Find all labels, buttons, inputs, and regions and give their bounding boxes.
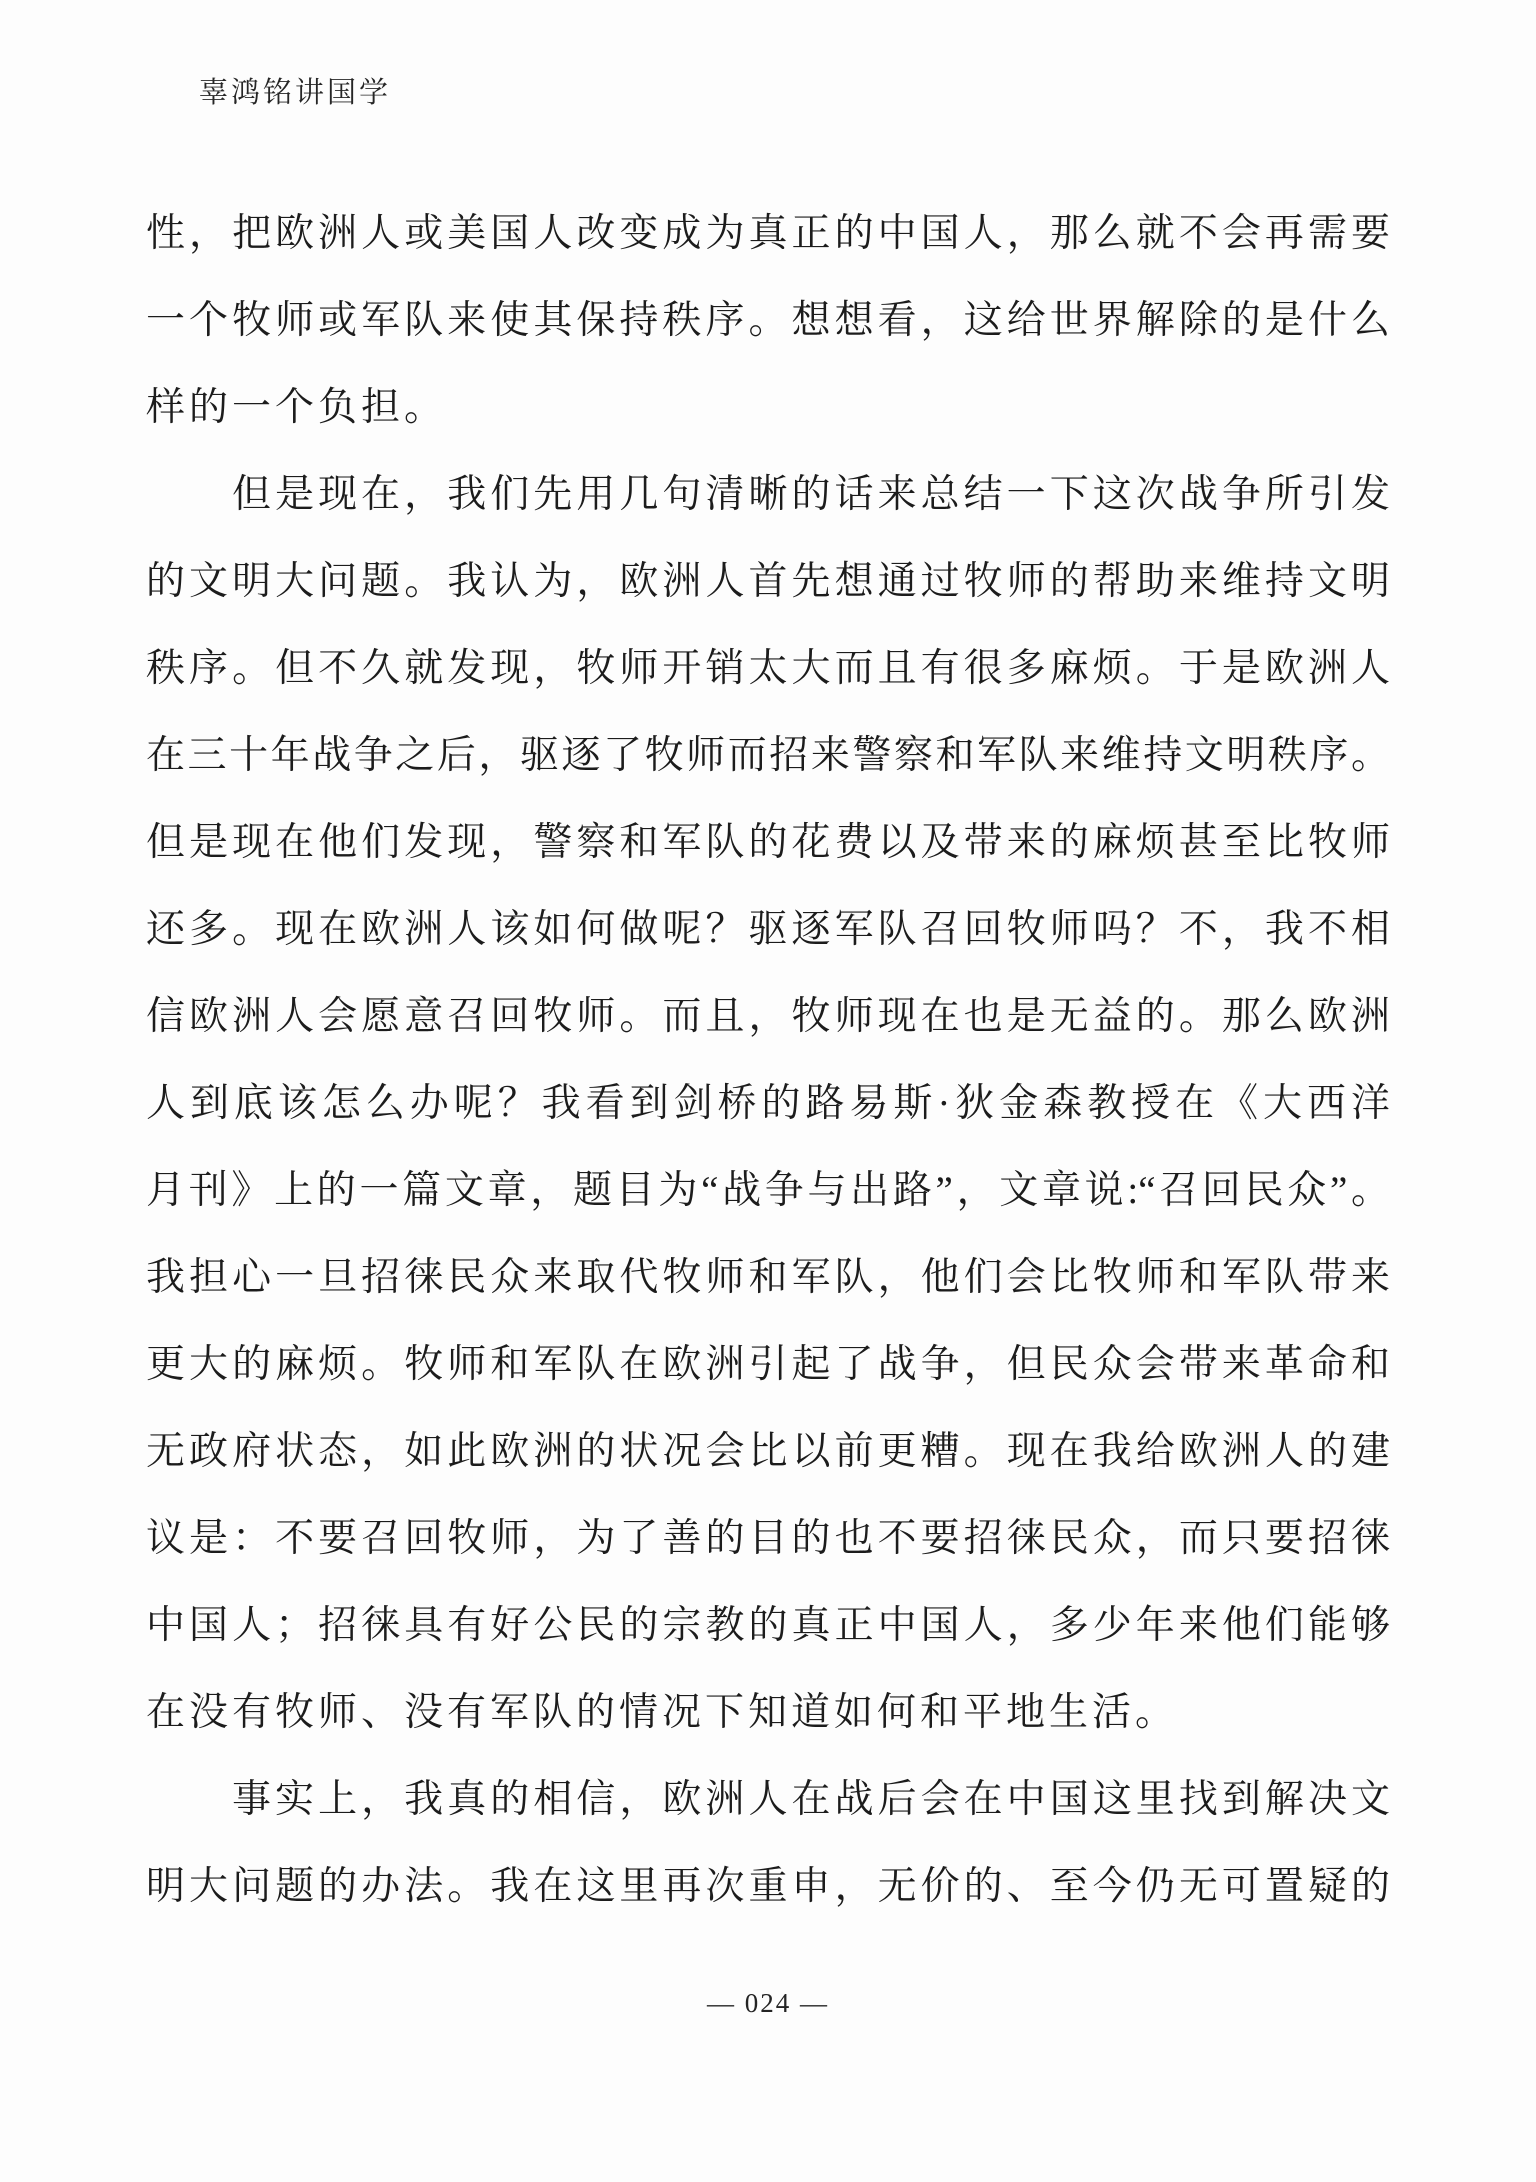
- body-text-block: 性，把欧洲人或美国人改变成为真正的中国人，那么就不会再需要一个牧师或军队来使其保…: [146, 190, 1390, 1930]
- page-number: — 024 —: [0, 1988, 1536, 2019]
- text-line: 事实上，我真的相信，欧洲人在战后会在中国这里找到解决文: [146, 1756, 1390, 1843]
- text-line: 还多。现在欧洲人该如何做呢？驱逐军队召回牧师吗？不，我不相: [146, 886, 1390, 973]
- text-line: 无政府状态，如此欧洲的状况会比以前更糟。现在我给欧洲人的建: [146, 1408, 1390, 1495]
- text-line: 一个牧师或军队来使其保持秩序。想想看，这给世界解除的是什么: [146, 277, 1390, 364]
- text-line: 的文明大问题。我认为，欧洲人首先想通过牧师的帮助来维持文明: [146, 538, 1390, 625]
- text-line: 但是现在他们发现，警察和军队的花费以及带来的麻烦甚至比牧师: [146, 799, 1390, 886]
- text-line: 性，把欧洲人或美国人改变成为真正的中国人，那么就不会再需要: [146, 190, 1390, 277]
- book-page: 辜鸿铭讲国学 性，把欧洲人或美国人改变成为真正的中国人，那么就不会再需要一个牧师…: [0, 0, 1536, 2182]
- text-line: 信欧洲人会愿意召回牧师。而且，牧师现在也是无益的。那么欧洲: [146, 973, 1390, 1060]
- text-line: 秩序。但不久就发现，牧师开销太大而且有很多麻烦。于是欧洲人: [146, 625, 1390, 712]
- text-line: 但是现在，我们先用几句清晰的话来总结一下这次战争所引发: [146, 451, 1390, 538]
- text-line: 样的一个负担。: [146, 364, 1390, 451]
- text-line: 中国人；招徕具有好公民的宗教的真正中国人，多少年来他们能够: [146, 1582, 1390, 1669]
- running-header-book-title: 辜鸿铭讲国学: [199, 70, 391, 111]
- text-line: 人到底该怎么办呢？我看到剑桥的路易斯·狄金森教授在《大西洋: [146, 1060, 1390, 1147]
- text-line: 议是：不要召回牧师，为了善的目的也不要招徕民众，而只要招徕: [146, 1495, 1390, 1582]
- text-line: 月刊》上的一篇文章，题目为“战争与出路”，文章说:“召回民众”。: [146, 1147, 1390, 1234]
- text-line: 我担心一旦招徕民众来取代牧师和军队，他们会比牧师和军队带来: [146, 1234, 1390, 1321]
- text-line: 明大问题的办法。我在这里再次重申，无价的、至今仍无可置疑的: [146, 1843, 1390, 1930]
- text-line: 在三十年战争之后，驱逐了牧师而招来警察和军队来维持文明秩序。: [146, 712, 1390, 799]
- text-line: 在没有牧师、没有军队的情况下知道如何和平地生活。: [146, 1669, 1390, 1756]
- text-line: 更大的麻烦。牧师和军队在欧洲引起了战争，但民众会带来革命和: [146, 1321, 1390, 1408]
